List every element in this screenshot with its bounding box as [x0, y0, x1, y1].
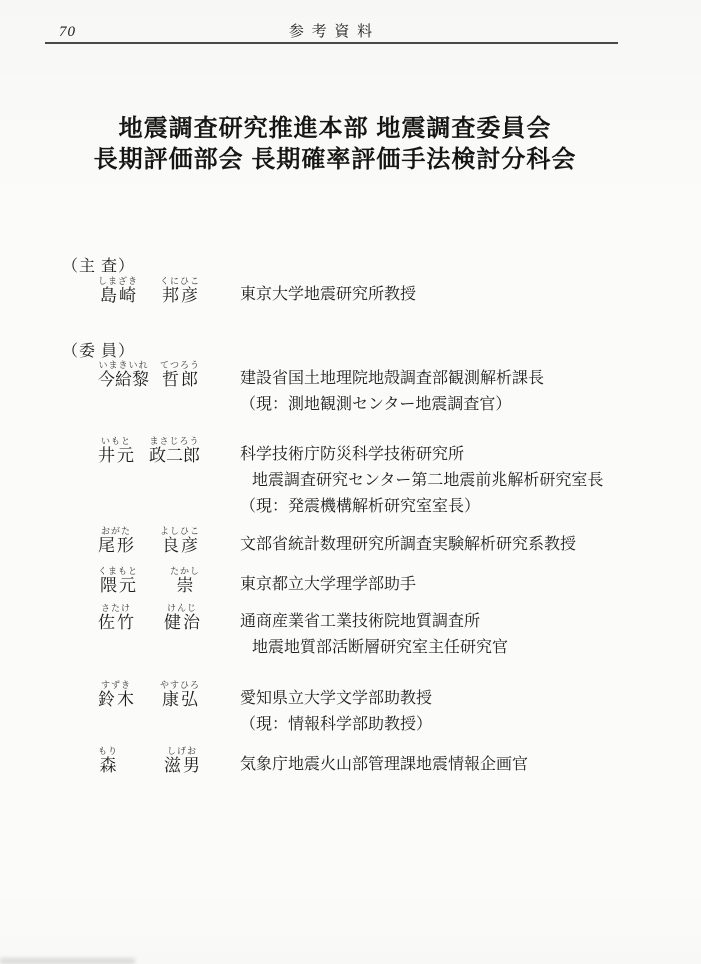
name-part: すずき鈴木 [98, 680, 134, 709]
member-row: おがた尾形よしひこ良彦文部省統計数理研究所調査実験解析研究系教授 [98, 526, 671, 558]
section-label: （委 員） [62, 338, 135, 361]
member-title-line: 気象庁地震火山部管理課地震情報企画官 [240, 752, 671, 778]
name-kanji: 森 [100, 757, 117, 775]
member-title-line: 文部省統計数理研究所調査実験解析研究系教授 [240, 532, 671, 558]
name-kanji: 佐竹 [98, 614, 136, 632]
document-page: 70 参 考 資 料 地震調査研究推進本部 地震調査委員会 長期評価部会 長期確… [0, 0, 701, 964]
member-name-line: すずき鈴木やすひろ康弘 [98, 680, 200, 709]
member-title-line: 愛知県立大学文学部助教授 [240, 686, 671, 712]
member-row: もり森しげお滋男気象庁地震火山部管理課地震情報企画官 [98, 746, 671, 778]
name-part: よしひこ良彦 [160, 526, 200, 555]
name-part: しまざき島崎 [98, 276, 138, 305]
member-name: もり森しげお滋男 [98, 746, 240, 775]
scan-artifact [0, 958, 135, 964]
member-title-line: 建設省国土地理院地殻調査部観測解析課長 [240, 366, 671, 392]
running-header-title: 参 考 資 料 [45, 20, 618, 41]
name-kanji: 尾形 [98, 537, 136, 555]
member-name-line: くまもと隈元たかし崇 [98, 566, 200, 595]
member-row: しまざき島崎くにひこ邦彦東京大学地震研究所教授 [98, 276, 671, 308]
name-kanji: 康弘 [162, 691, 200, 709]
member-title-line: 地震調査研究センター第二地震前兆解析研究室長 [240, 468, 671, 494]
member-title-line: 東京都立大学理学部助手 [240, 572, 671, 598]
name-kanji: 島崎 [100, 287, 138, 305]
member-title-line: （現：発震機構解析研究室室長） [240, 494, 671, 520]
member-titles: 通商産業省工業技術院地質調査所地震地質部活断層研究室主任研究官 [240, 609, 671, 661]
member-name: いもと井元まさじろう政二郎 [98, 436, 240, 465]
member-name-line: おがた尾形よしひこ良彦 [98, 526, 200, 555]
name-part: いまきいれ今給黎 [98, 360, 149, 389]
member-titles: 文部省統計数理研究所調査実験解析研究系教授 [240, 532, 671, 558]
member-name: いまきいれ今給黎てつろう哲郎 [98, 360, 240, 389]
name-part: くにひこ邦彦 [160, 276, 200, 305]
member-title-line: 地震地質部活断層研究室主任研究官 [240, 635, 671, 661]
name-part: てつろう哲郎 [160, 360, 200, 389]
member-titles: 東京都立大学理学部助手 [240, 572, 671, 598]
name-kanji: 鈴木 [98, 691, 136, 709]
member-name-line: もり森しげお滋男 [98, 746, 200, 775]
member-titles: 愛知県立大学文学部助教授（現：情報科学部助教授） [240, 686, 671, 738]
name-part: たかし崇 [170, 566, 200, 595]
member-row: すずき鈴木やすひろ康弘愛知県立大学文学部助教授（現：情報科学部助教授） [98, 680, 671, 738]
member-name: しまざき島崎くにひこ邦彦 [98, 276, 240, 305]
name-kanji: 政二郎 [149, 447, 200, 465]
member-row: いもと井元まさじろう政二郎科学技術庁防災科学技術研究所地震調査研究センター第二地… [98, 436, 671, 520]
document-title-line2: 長期評価部会 長期確率評価手法検討分科会 [45, 144, 625, 175]
member-titles: 東京大学地震研究所教授 [240, 282, 671, 308]
name-kanji: 今給黎 [98, 371, 149, 389]
member-titles: 科学技術庁防災科学技術研究所地震調査研究センター第二地震前兆解析研究室長（現：発… [240, 442, 671, 520]
member-row: くまもと隈元たかし崇東京都立大学理学部助手 [98, 566, 671, 598]
member-name: くまもと隈元たかし崇 [98, 566, 240, 595]
name-part: けんじ健治 [164, 603, 200, 632]
member-row: さたけ佐竹けんじ健治通商産業省工業技術院地質調査所地震地質部活断層研究室主任研究… [98, 603, 671, 661]
member-titles: 気象庁地震火山部管理課地震情報企画官 [240, 752, 671, 778]
name-part: さたけ佐竹 [98, 603, 134, 632]
name-kanji: 滋男 [164, 757, 202, 775]
member-name-line: いもと井元まさじろう政二郎 [98, 436, 200, 465]
member-title-line: 東京大学地震研究所教授 [240, 282, 671, 308]
member-title-line: （現：測地観測センター地震調査官） [240, 392, 671, 418]
name-kanji: 崇 [176, 577, 193, 595]
member-title-line: 通商産業省工業技術院地質調査所 [240, 609, 671, 635]
name-part: しげお滋男 [164, 746, 200, 775]
name-part: いもと井元 [98, 436, 134, 465]
name-kanji: 健治 [164, 614, 202, 632]
member-name: おがた尾形よしひこ良彦 [98, 526, 240, 555]
member-name-line: しまざき島崎くにひこ邦彦 [98, 276, 200, 305]
page-header: 70 参 考 資 料 [45, 10, 618, 44]
name-part: もり森 [98, 746, 118, 775]
member-title-line: （現：情報科学部助教授） [240, 712, 671, 738]
name-kanji: 良彦 [162, 537, 200, 555]
section-label: （主 査） [62, 253, 135, 276]
name-part: おがた尾形 [98, 526, 134, 555]
name-kanji: 井元 [98, 447, 136, 465]
member-name-line: いまきいれ今給黎てつろう哲郎 [98, 360, 200, 389]
member-name-line: さたけ佐竹けんじ健治 [98, 603, 200, 632]
name-part: くまもと隈元 [98, 566, 138, 595]
name-kanji: 哲郎 [162, 371, 200, 389]
member-row: いまきいれ今給黎てつろう哲郎建設省国土地理院地殻調査部観測解析課長（現：測地観測… [98, 360, 671, 418]
member-titles: 建設省国土地理院地殻調査部観測解析課長（現：測地観測センター地震調査官） [240, 366, 671, 418]
member-title-line: 科学技術庁防災科学技術研究所 [240, 442, 671, 468]
name-part: まさじろう政二郎 [149, 436, 200, 465]
name-part: やすひろ康弘 [160, 680, 200, 709]
name-kanji: 邦彦 [162, 287, 200, 305]
document-title-line1: 地震調査研究推進本部 地震調査委員会 [45, 113, 625, 144]
member-name: さたけ佐竹けんじ健治 [98, 603, 240, 632]
document-title: 地震調査研究推進本部 地震調査委員会 長期評価部会 長期確率評価手法検討分科会 [45, 113, 625, 175]
member-name: すずき鈴木やすひろ康弘 [98, 680, 240, 709]
name-kanji: 隈元 [100, 577, 138, 595]
